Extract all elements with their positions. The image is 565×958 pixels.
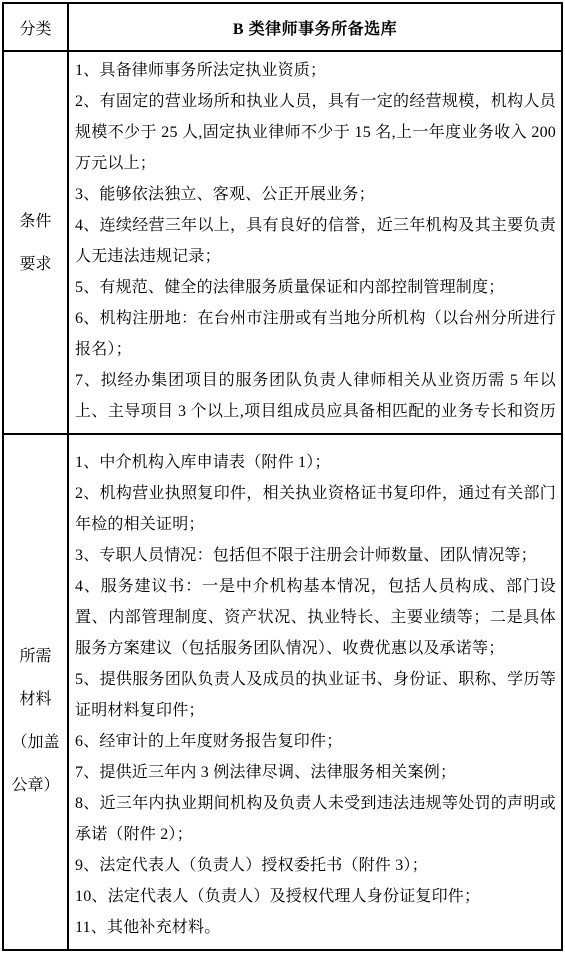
row-label-line: 材料 xyxy=(11,678,59,721)
row-label-line: 公章） xyxy=(11,764,59,807)
material-item: 11、其他补充材料。 xyxy=(75,912,556,943)
material-item: 3、专职人员情况：包括但不限于注册会计师数量、团队情况等； xyxy=(75,540,556,571)
header-title-cell: B 类律师事务所备选库 xyxy=(69,4,561,52)
condition-item: 7、拟经办集团项目的服务团队负责人律师相关从业资历需 5 年以上、主导项目 3 … xyxy=(75,365,556,435)
header-category-cell: 分类 xyxy=(4,4,69,52)
condition-item: 1、具备律师事务所法定执业资质； xyxy=(75,55,556,86)
document-page: 分类 B 类律师事务所备选库 条件 要求 1、具备律师事务所法定执业资质； 2、… xyxy=(0,0,565,958)
material-item: 5、提供服务团队负责人及成员的执业证书、身份证、职称、学历等证明材料复印件； xyxy=(75,664,556,726)
row-label-line: （加盖 xyxy=(11,721,59,764)
condition-item: 2、有固定的营业场所和执业人员，具有一定的经营规模，机构人员规模不少于 25 人… xyxy=(75,86,556,179)
condition-item: 6、机构注册地：在台州市注册或有当地分所机构（以台州分所进行报名）； xyxy=(75,303,556,365)
condition-item: 3、能够依法独立、客观、公正开展业务； xyxy=(75,179,556,210)
table-title: B 类律师事务所备选库 xyxy=(233,16,397,39)
condition-item: 5、有规范、健全的法律服务质量保证和内部控制管理制度； xyxy=(75,272,556,303)
row-label-materials: 所需 材料 （加盖 公章） xyxy=(11,635,59,807)
material-item: 4、服务建议书：一是中介机构基本情况，包括人员构成、部门设置、内部管理制度、资产… xyxy=(75,571,556,664)
material-item: 7、提供近三年内 3 例法律尽调、法律服务相关案例； xyxy=(75,757,556,788)
row-conditions-label-cell: 条件 要求 xyxy=(4,52,69,435)
material-item: 1、中介机构入库申请表（附件 1）； xyxy=(75,447,556,478)
row-label-line: 所需 xyxy=(11,635,59,678)
material-item: 2、机构营业执照复印件，相关执业资格证书复印件，通过有关部门年检的相关证明； xyxy=(75,478,556,540)
material-item: 10、法定代表人（负责人）及授权代理人身份证复印件； xyxy=(75,881,556,912)
row-materials-label-cell: 所需 材料 （加盖 公章） xyxy=(4,435,69,949)
row-conditions-content-cell: 1、具备律师事务所法定执业资质； 2、有固定的营业场所和执业人员，具有一定的经营… xyxy=(69,52,561,435)
row-label-conditions: 条件 要求 xyxy=(19,200,51,286)
row-label-line: 条件 xyxy=(19,200,51,243)
material-item: 8、近三年内执业期间机构及负责人未受到违法违规等处罚的声明或承诺（附件 2）； xyxy=(75,788,556,850)
row-materials-content-cell: 1、中介机构入库申请表（附件 1）； 2、机构营业执照复印件，相关执业资格证书复… xyxy=(69,435,561,949)
condition-item: 4、连续经营三年以上，具有良好的信誉，近三年机构及其主要负责人无违法违规记录； xyxy=(75,210,556,272)
category-header-label: 分类 xyxy=(19,16,51,39)
material-item: 6、经审计的上年度财务报告复印件； xyxy=(75,726,556,757)
material-item: 9、法定代表人（负责人）授权委托书（附件 3）； xyxy=(75,850,556,881)
selection-pool-table: 分类 B 类律师事务所备选库 条件 要求 1、具备律师事务所法定执业资质； 2、… xyxy=(2,2,563,951)
row-label-line: 要求 xyxy=(19,243,51,286)
